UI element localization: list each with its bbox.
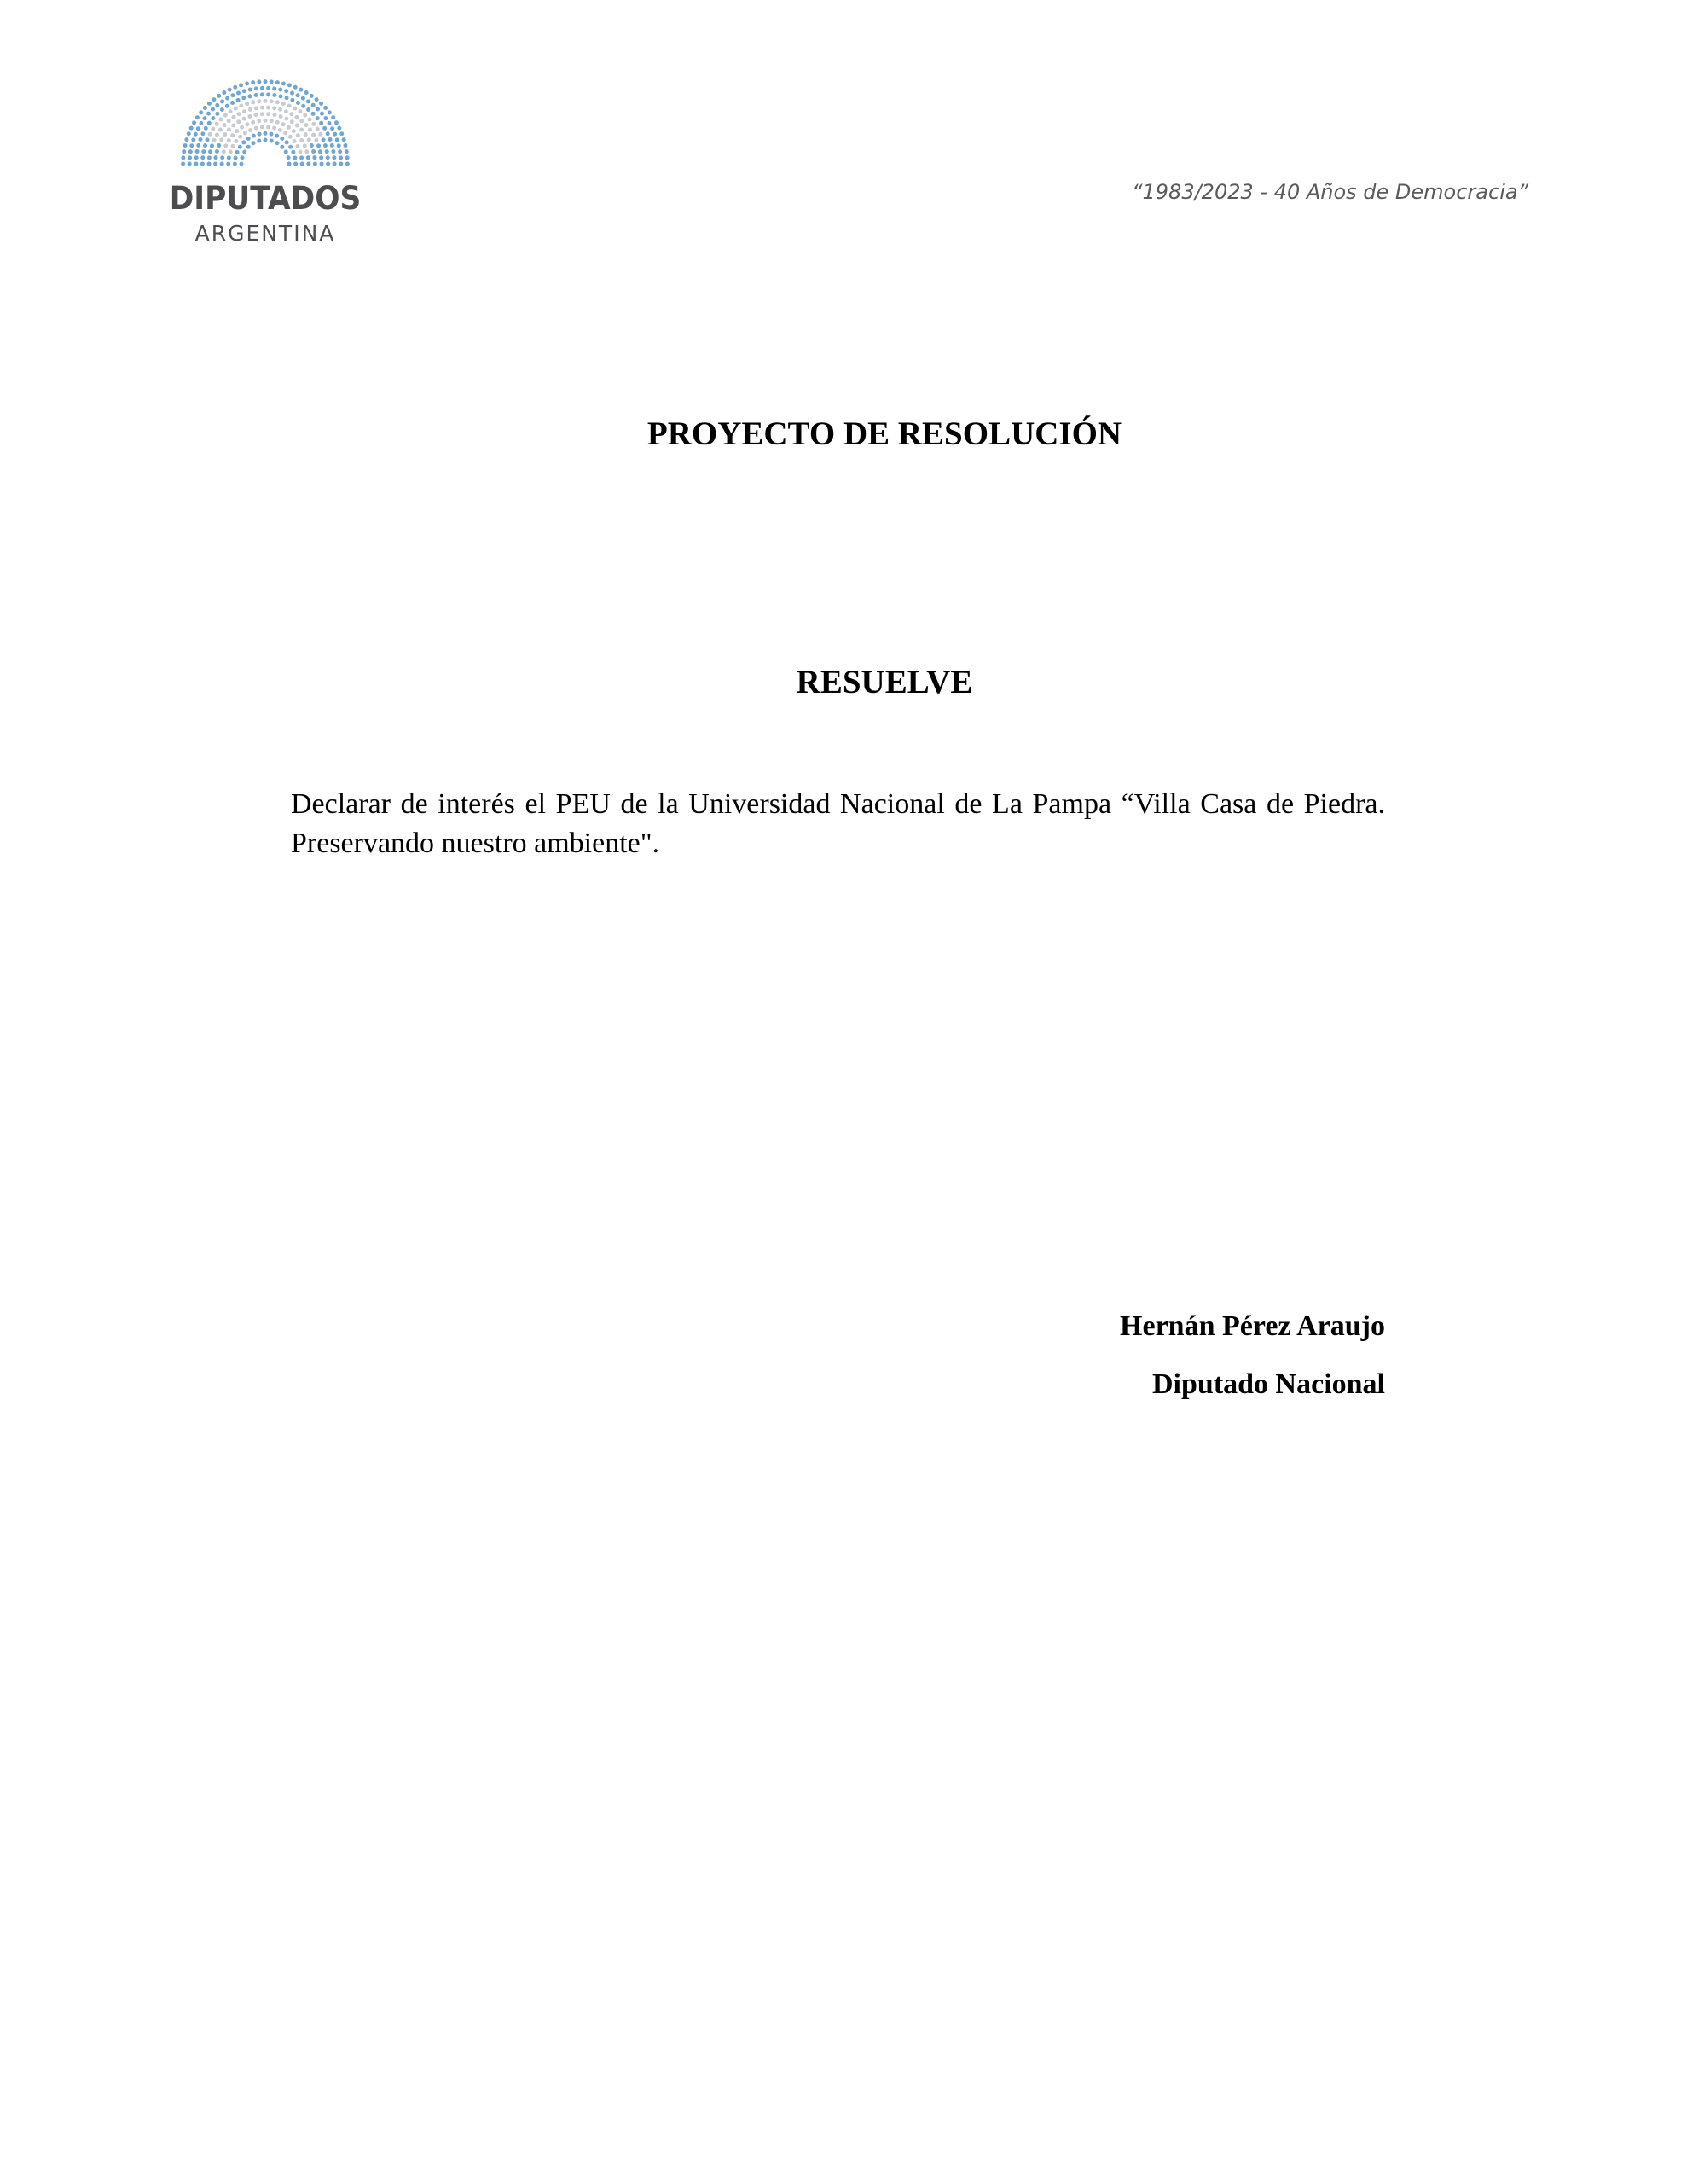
document-title: PROYECTO DE RESOLUCIÓN: [41, 415, 1687, 453]
diputados-logo: DIPUTADOS ARGENTINA: [154, 78, 377, 244]
logo-subtitle: ARGENTINA: [154, 223, 377, 244]
document-page: DIPUTADOS ARGENTINA “1983/2023 - 40 Años…: [0, 0, 1687, 2184]
logo-title: DIPUTADOS: [161, 183, 369, 214]
signer-role: Diputado Nacional: [1120, 1370, 1385, 1399]
tagline: “1983/2023 - 40 Años de Democracia”: [1132, 180, 1528, 204]
signature-block: Hernán Pérez Araujo Diputado Nacional: [1120, 1312, 1385, 1399]
resolution-body: Declarar de interés el PEU de la Univers…: [291, 785, 1385, 863]
section-heading: RESUELVE: [41, 663, 1687, 701]
signer-name: Hernán Pérez Araujo: [1120, 1312, 1385, 1341]
parliament-hemicycle-icon: [180, 78, 351, 167]
